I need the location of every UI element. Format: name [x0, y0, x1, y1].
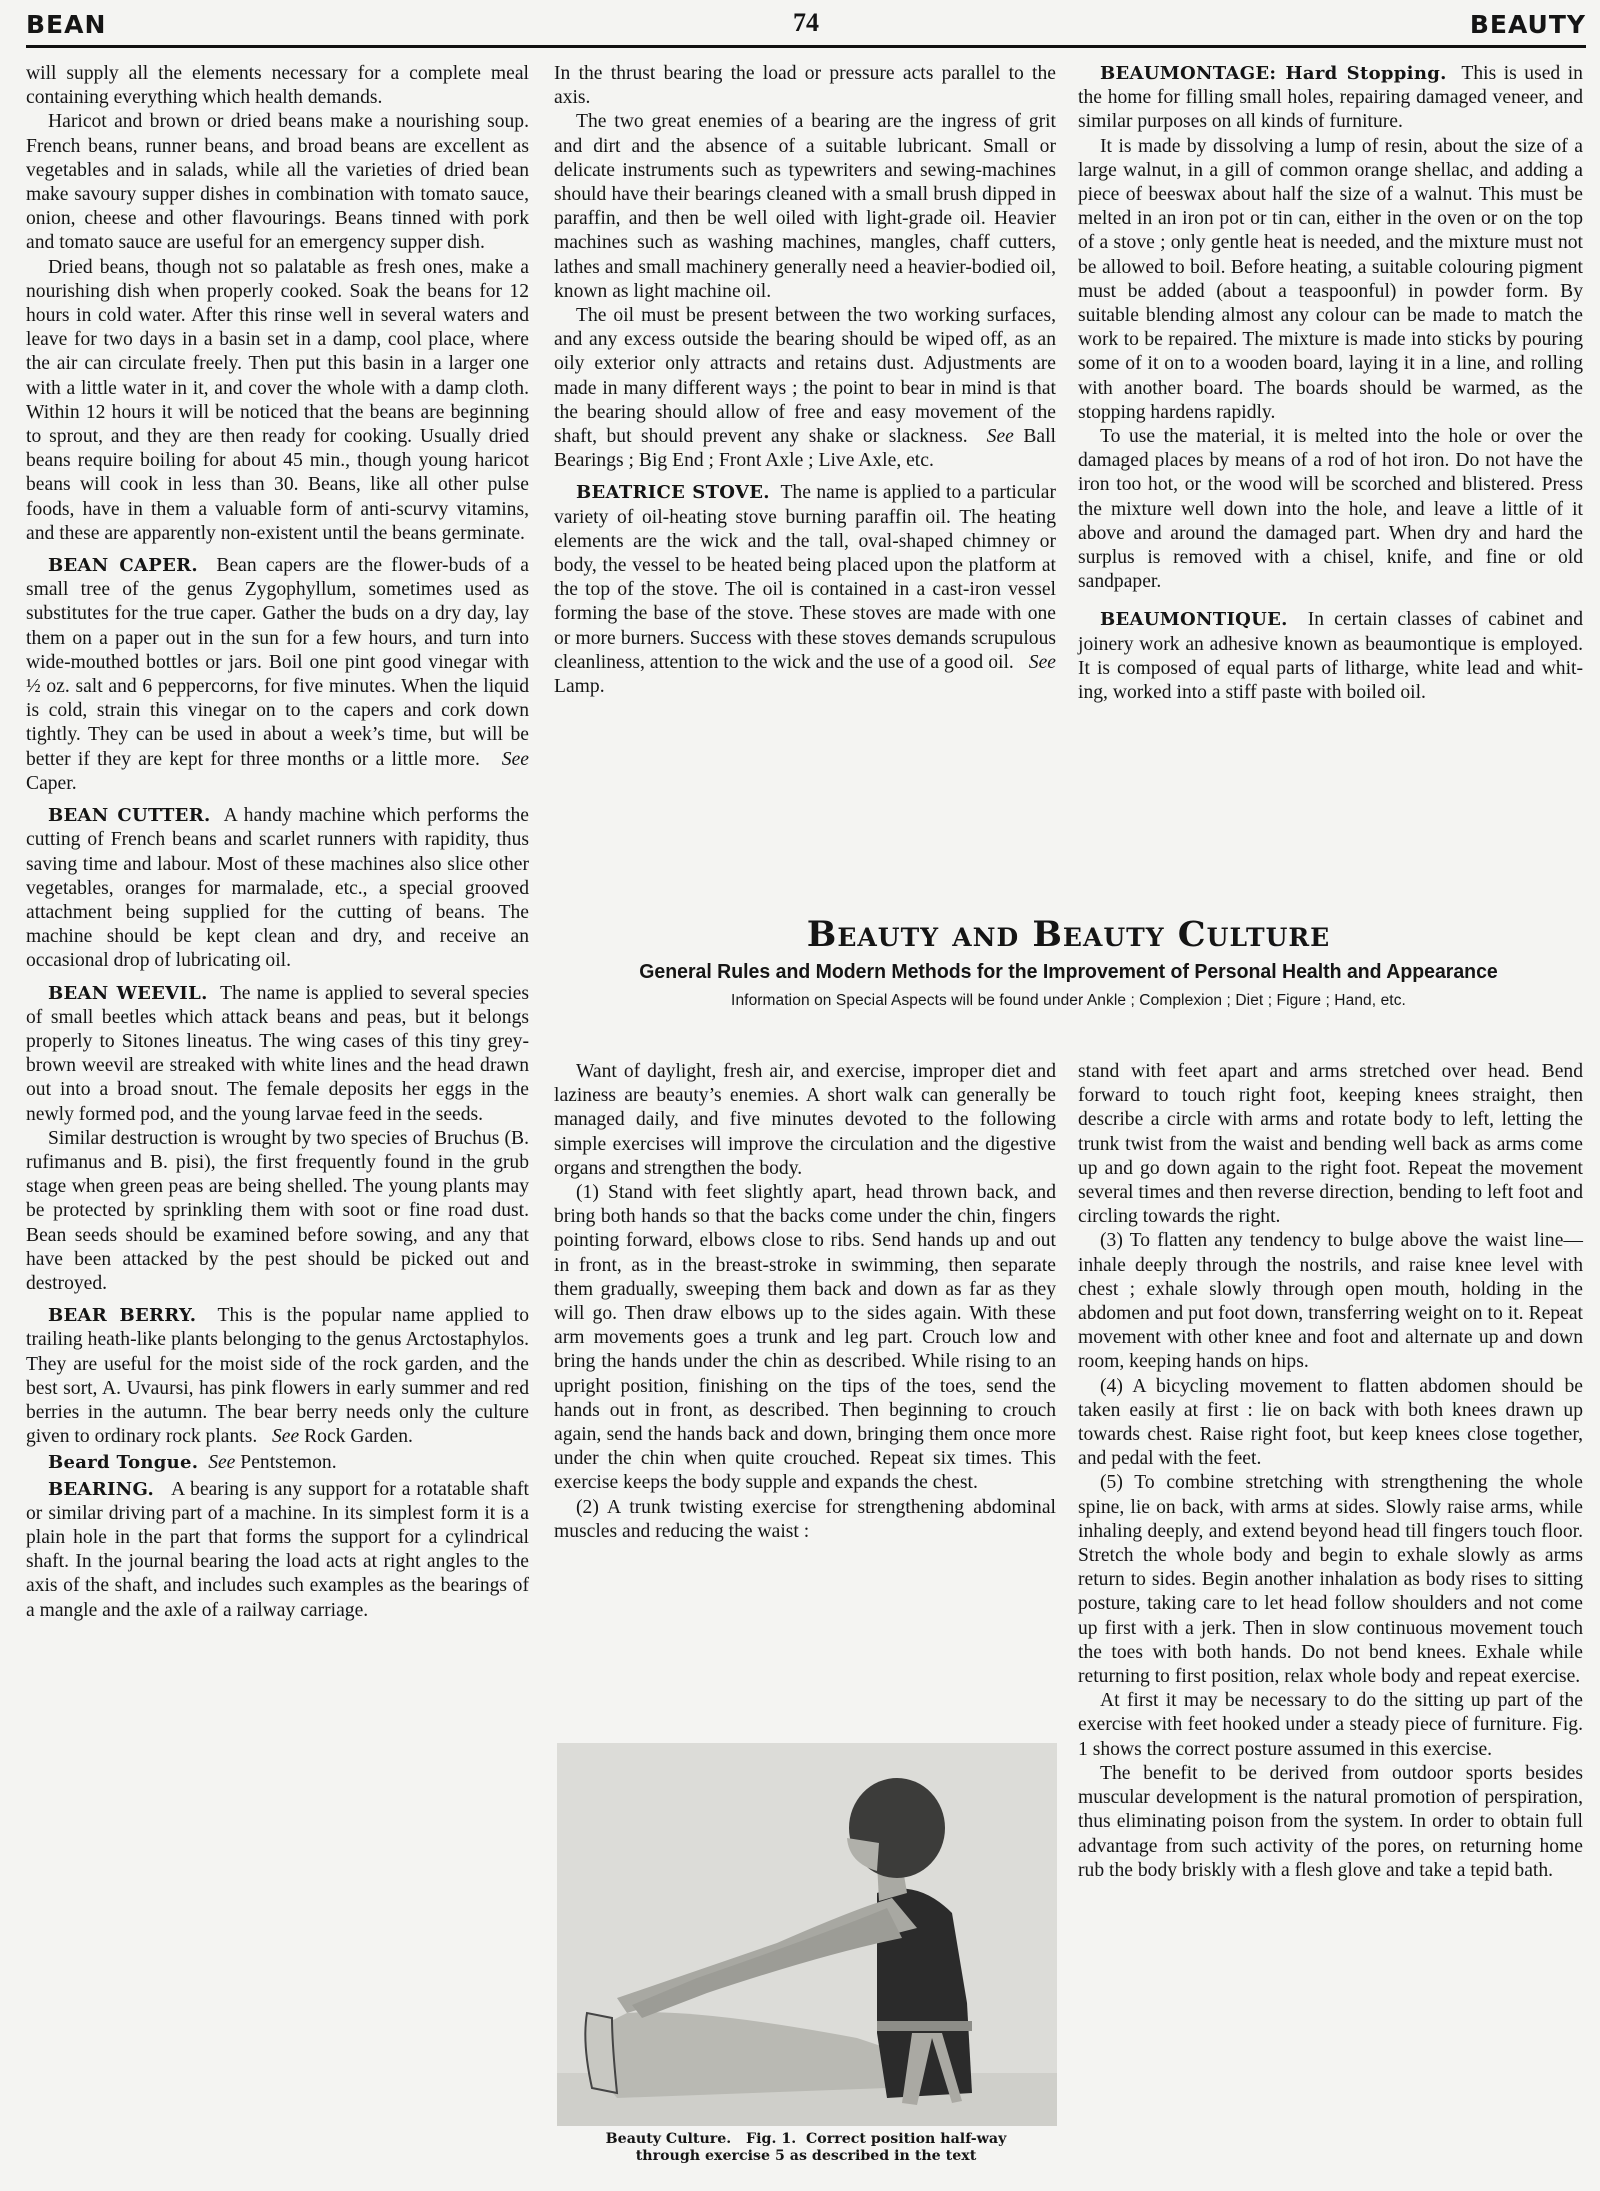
paragraph: The oil must be present between the two …: [554, 304, 1056, 473]
article-title: Beauty and Beauty Culture: [554, 915, 1583, 955]
headword: BEAUMONTIQUE.: [1100, 609, 1288, 630]
page-number: 74: [26, 8, 1586, 38]
exercise-2-continued: stand with feet apart and arms stretched…: [1078, 1060, 1583, 1229]
exercise-4: (4) A bicycling movement to flatten abdo…: [1078, 1375, 1583, 1472]
paragraph: Dried beans, though not so palatable as …: [26, 256, 529, 546]
see-label: See: [987, 426, 1014, 447]
exercise-5: (5) To combine stretching with strength­…: [1078, 1471, 1583, 1689]
paragraph: The benefit to be derived from outdoor s…: [1078, 1762, 1583, 1883]
entry-beard-tongue: Beard Tongue. See Pentstemon.: [26, 1451, 529, 1475]
paragraph: To use the material, it is melted into t…: [1078, 425, 1583, 594]
article-cross-reference-note: Information on Special Aspects will be f…: [554, 992, 1583, 1010]
cross-reference[interactable]: Rock Garden.: [304, 1426, 413, 1447]
see-label: See: [1029, 652, 1056, 673]
column-1: will supply all the elements necessary f…: [26, 62, 529, 1623]
exercise-1: (1) Stand with feet slightly apart, head…: [554, 1181, 1056, 1496]
exercise-3: (3) To flatten any tendency to bulge abo…: [1078, 1229, 1583, 1374]
running-head-right: BEAUTY: [1470, 10, 1586, 39]
cross-reference[interactable]: Pentstemon.: [240, 1452, 336, 1473]
entry-text: A handy machine which performs the cutti…: [26, 805, 529, 971]
cross-reference[interactable]: Lamp.: [554, 676, 605, 697]
entry-beaumontage: BEAUMONTAGE: Hard Stopping. This is used…: [1078, 62, 1583, 135]
headword: BEAUMONTAGE: Hard Stopping.: [1100, 63, 1447, 84]
entry-beatrice-stove: BEATRICE STOVE. The name is applied to a…: [554, 481, 1056, 699]
entry-bearing: BEARING. A bearing is any support for a …: [26, 1478, 529, 1623]
paragraph: In the thrust bearing the load or pressu…: [554, 62, 1056, 110]
see-label: See: [502, 749, 529, 770]
caption-line-2: through exercise 5 as described in the t…: [554, 2148, 1058, 2165]
entry-bear-berry: BEAR BERRY. This is the popular name app…: [26, 1304, 529, 1449]
article-subtitle: General Rules and Modern Methods for the…: [580, 959, 1558, 984]
article-column-left: Want of daylight, fresh air, and exercis…: [554, 1060, 1056, 1544]
entry-text: The name is applied to a particular vari…: [554, 482, 1056, 672]
paragraph: It is made by dissolving a lump of resin…: [1078, 135, 1583, 425]
header-rule: [26, 45, 1586, 48]
entry-bean-weevil: BEAN WEEVIL. The name is applied to seve…: [26, 982, 529, 1127]
paragraph: Haricot and brown or dried beans make a …: [26, 110, 529, 255]
figure-1-caption: Beauty Culture. Fig. 1. Correct position…: [554, 2131, 1058, 2165]
entry-bean-cutter: BEAN CUTTER. A handy machine which perfo…: [26, 804, 529, 973]
paragraph: The two great enemies of a bearing are t…: [554, 110, 1056, 304]
paragraph: Want of daylight, fresh air, and exercis…: [554, 1060, 1056, 1181]
paragraph: will supply all the elements necessary f…: [26, 62, 529, 110]
paragraph-text: The oil must be present between the two …: [554, 305, 1056, 447]
headword: BEAR BERRY.: [48, 1305, 196, 1326]
cross-reference[interactable]: Caper.: [26, 773, 77, 794]
headword: BEARING.: [48, 1479, 154, 1500]
exercise-2-intro: (2) A trunk twisting exercise for streng…: [554, 1496, 1056, 1544]
headword: Beard Tongue.: [48, 1452, 198, 1473]
headword: BEAN CAPER.: [48, 555, 198, 576]
paragraph: Similar destruction is wrought by two sp…: [26, 1127, 529, 1296]
see-label: See: [272, 1426, 299, 1447]
seated-stretch-photo-icon: [557, 1743, 1057, 2126]
see-label: See: [208, 1452, 235, 1473]
running-head: BEAN 74 BEAUTY: [26, 6, 1586, 44]
column-2: In the thrust bearing the load or pressu…: [554, 62, 1056, 699]
headword: BEAN CUTTER.: [48, 805, 211, 826]
headword: BEAN WEEVIL.: [48, 983, 208, 1004]
entry-beaumontique: BEAUMONTIQUE. In certain classes of cabi…: [1078, 608, 1583, 705]
headword: BEATRICE STOVE.: [576, 482, 770, 503]
figure-1-photo: [557, 1743, 1057, 2126]
entry-text: Bean capers are the flower-buds of a sma…: [26, 555, 529, 770]
caption-line-1: Beauty Culture. Fig. 1. Correct position…: [554, 2131, 1058, 2148]
article-column-right: stand with feet apart and arms stretched…: [1078, 1060, 1583, 1883]
article-header: Beauty and Beauty Culture General Rules …: [554, 915, 1583, 1010]
paragraph: At first it may be necessary to do the s…: [1078, 1689, 1583, 1762]
column-3: BEAUMONTAGE: Hard Stopping. This is used…: [1078, 62, 1583, 705]
entry-bean-caper: BEAN CAPER. Bean capers are the flower-b…: [26, 554, 529, 796]
